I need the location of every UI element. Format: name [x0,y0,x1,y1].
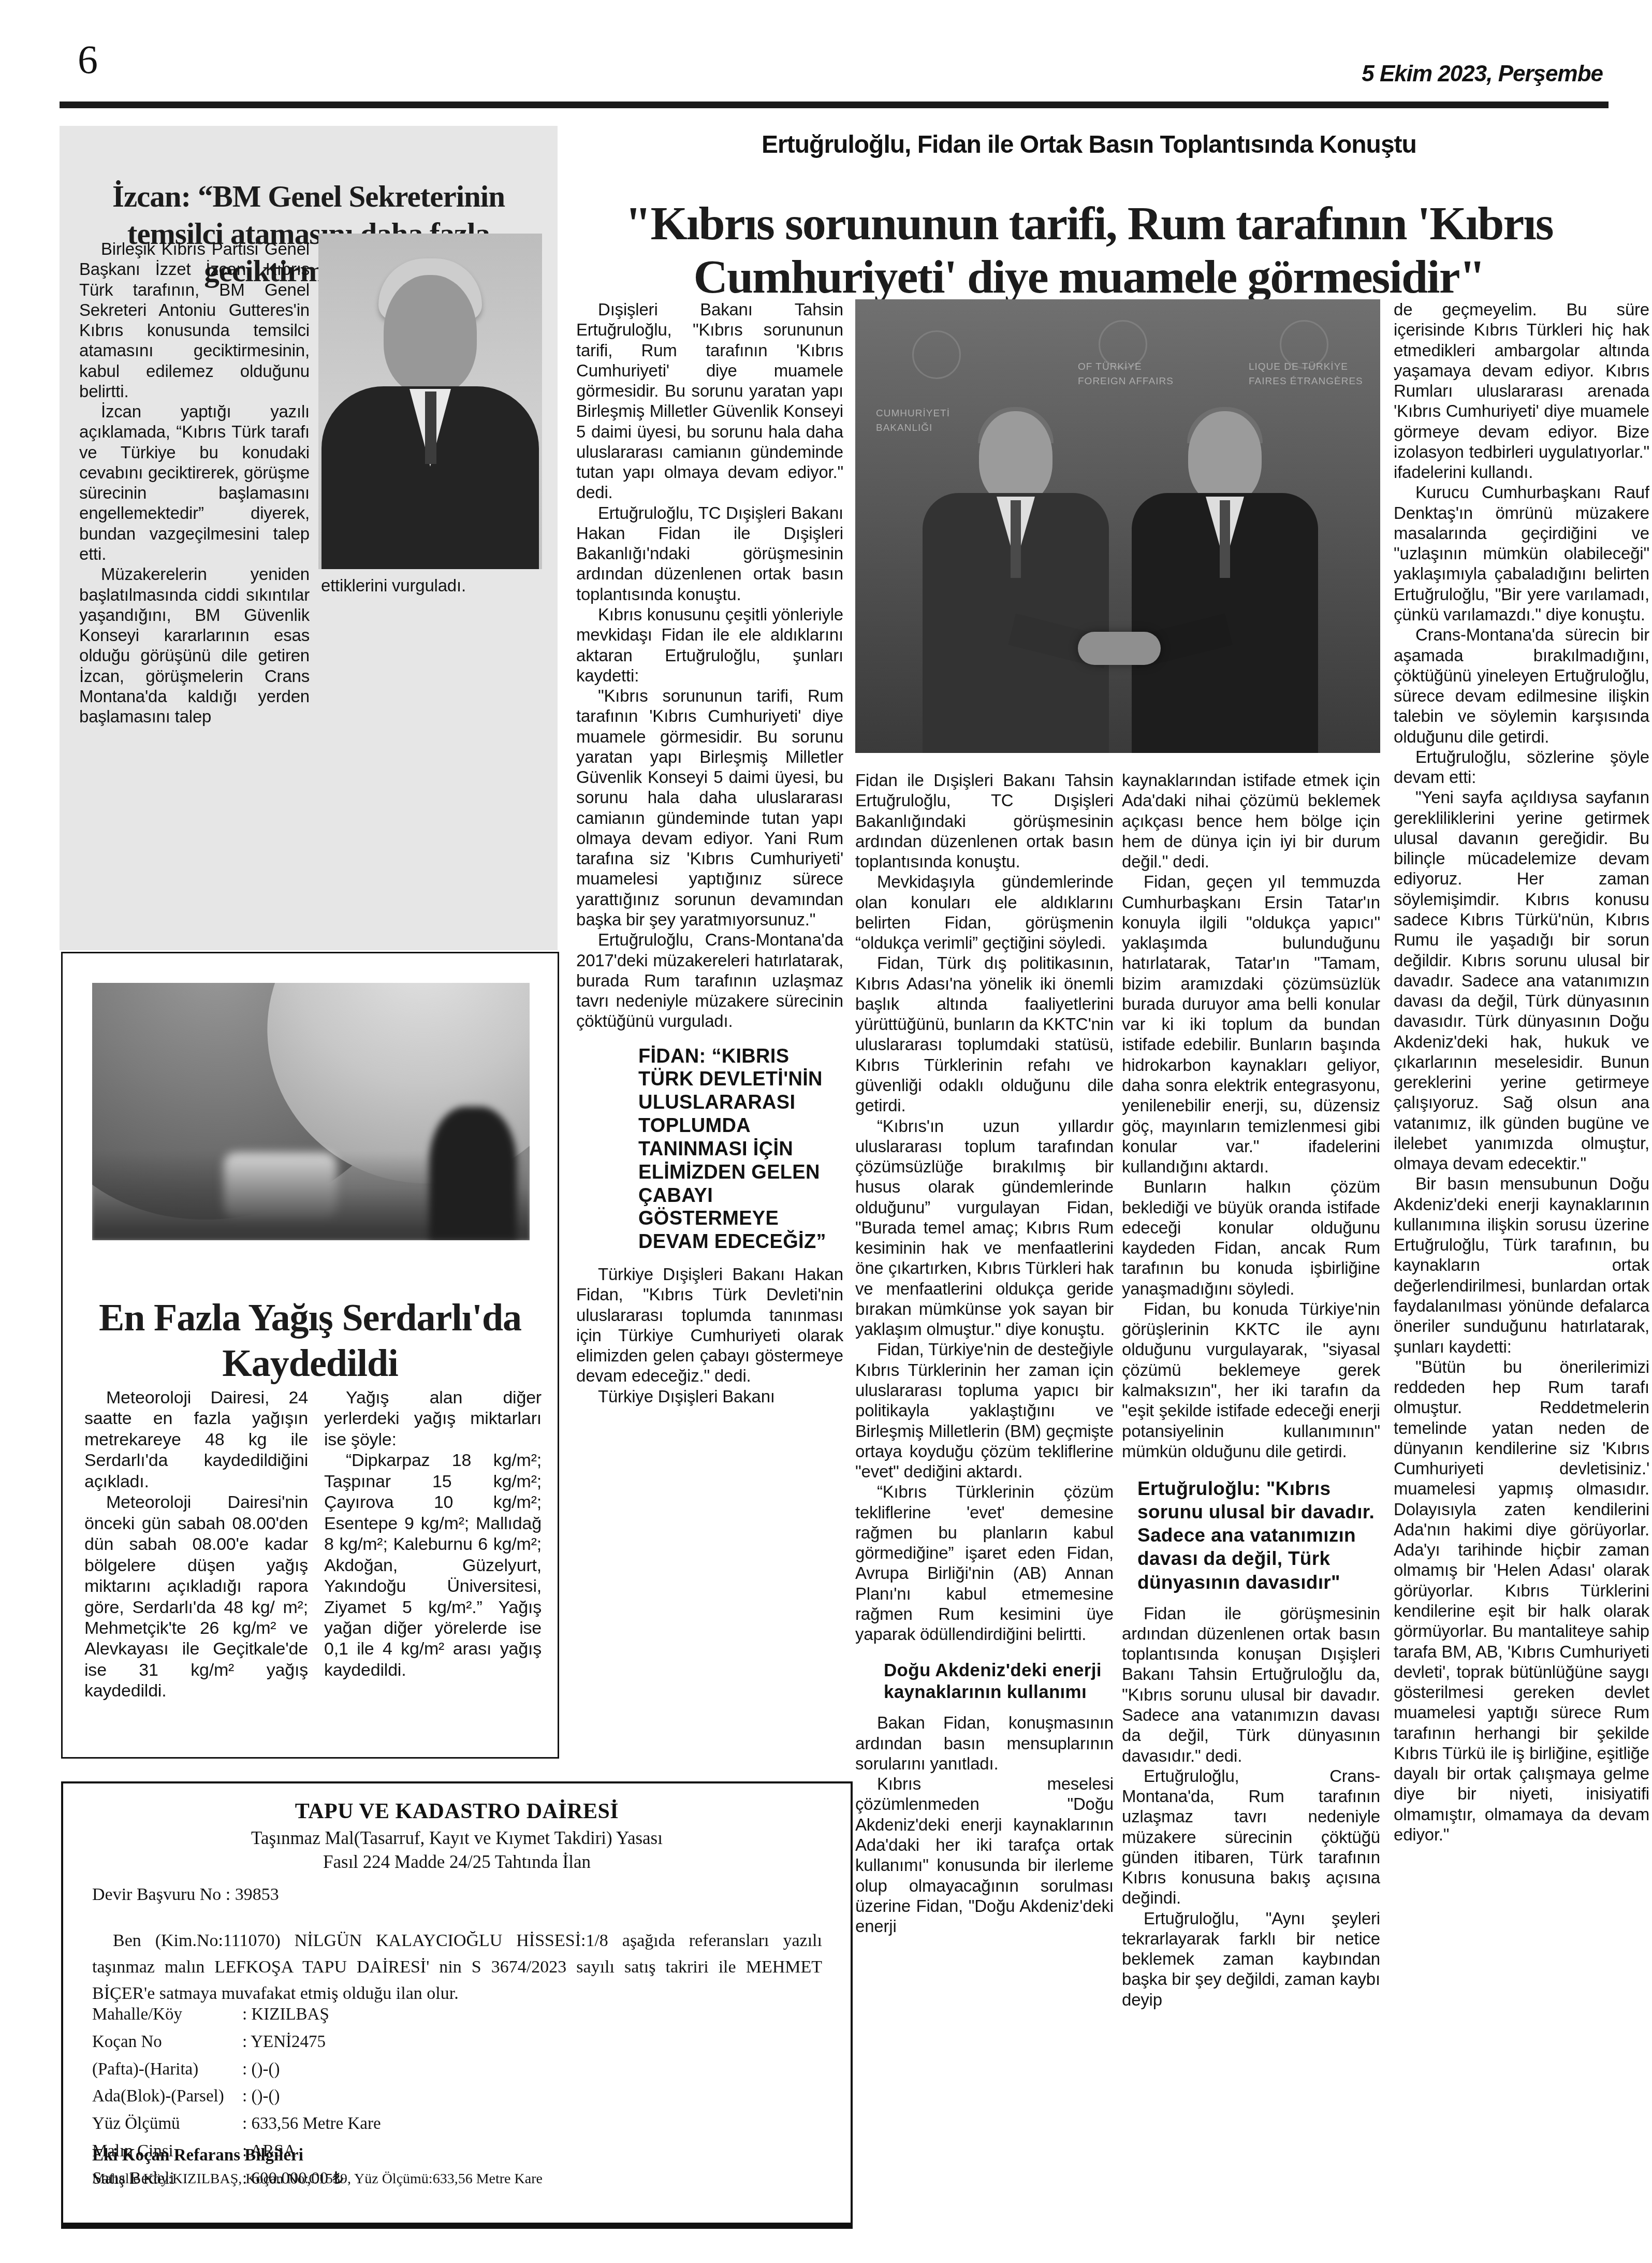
paragraph: Mevkidaşıyla gündemlerinde olan konuları… [855,872,1114,953]
handshake-shape [1078,632,1161,665]
paragraph: Ertuğruloğlu, "Aynı şeyleri tekrarlayara… [1122,1908,1380,2010]
izcan-column-1: Birleşik Kıbrıs Partisi Genel Başkanı İz… [79,239,310,927]
field-value: : 633,56 Metre Kare [242,2110,381,2138]
izcan-column-2: ettiklerini vurguladı. [321,575,543,933]
backdrop-emblem-icon [912,330,961,379]
paragraph: Fidan, Türk dış politikasının, Kıbrıs Ad… [855,953,1114,1115]
tapu-annex-title: Eki Koçan Refarans Bilgileri [92,2146,303,2165]
tapu-subtitle-article: Fasıl 224 Madde 24/25 Tahtında İlan [63,1852,851,1873]
main-column-3-top: Fidan, geçen yıl temmuzda Cumhurbaşkanı … [1122,872,1380,1461]
paragraph: Kıbrıs meselesi çözümlenmeden "Doğu Akde… [855,1774,1114,1936]
paragraph: Meteoroloji Dairesi, 24 saatte en fazla … [84,1387,308,1492]
paragraph: Yağış alan diğer yerlerdeki yağış miktar… [324,1387,542,1450]
field-label: (Pafta)-(Harita) [92,2056,242,2083]
paragraph: "Kıbrıs sorununun tarifi, Rum tarafının … [576,686,843,930]
main-column-1-top: Dışişleri Bakanı Tahsin Ertuğruloğlu, "K… [576,299,843,1032]
paragraph: Ertuğruloğlu, sözlerine şöyle devam etti… [1394,747,1649,788]
portrait-head-shape [384,275,477,394]
backdrop-text: FAIRES ÉTRANGÈRES [1249,376,1363,387]
paragraph: Fidan, bu konuda Türkiye'nin görüşlerini… [1122,1299,1380,1461]
main-article-headline: "Kıbrıs sorununun tarifi, Rum tarafının … [569,197,1609,303]
main-column-3: kaynaklarından istifade etmek için Ada'd… [1122,770,1380,2225]
backdrop-text: OF TÜRKİYE [1078,361,1142,373]
press-conference-photo: CUMHURİYETİ BAKANLIĞI OF TÜRKİYE FOREIGN… [855,299,1380,753]
weather-column-1: Meteoroloji Dairesi, 24 saatte en fazla … [84,1387,308,1733]
field-row: Yüz Ölçümü: 633,56 Metre Kare [92,2110,381,2138]
paragraph: Müzakerelerin yeniden başlatılmasında ci… [79,564,310,727]
ertugruloglu-subhead: Ertuğruloğlu: "Kıbrıs sorunu ulusal bir … [1137,1477,1380,1594]
backdrop-text: LIQUE DE TÜRKİYE [1249,361,1348,373]
ertugruloglu-figure [923,411,1109,753]
paragraph: Ertuğruloğlu, TC Dışişleri Bakanı Hakan … [576,503,843,604]
tapu-legal-notice: TAPU VE KADASTRO DAİRESİ Taşınmaz Mal(Ta… [61,1781,853,2229]
field-value: : ()-() [242,2083,280,2110]
paragraph: Crans-Montana'da sürecin bir aşamada bır… [1394,625,1649,747]
portrait-tie-shape [425,391,436,464]
paragraph: Bir basın mensubunun Doğu Akdeniz'deki e… [1394,1173,1649,1356]
field-value: : ()-() [242,2056,280,2083]
main-article-kicker: Ertuğruloğlu, Fidan ile Ortak Basın Topl… [569,130,1609,159]
header-rule [60,101,1609,108]
paragraph: Fidan ile Dışişleri Bakanı Tahsin Ertuğr… [855,770,1114,872]
field-label: Yüz Ölçümü [92,2110,242,2138]
field-label: Koçan No [92,2028,242,2056]
paragraph: "Bütün bu önerilerimizi reddeden hep Rum… [1394,1357,1649,1845]
main-column-2-top: Mevkidaşıyla gündemlerinde olan konuları… [855,872,1114,1644]
main-column-4-rest: Kurucu Cumhurbaşkanı Rauf Denktaş'ın ömr… [1394,482,1649,1845]
page-date: 5 Ekim 2023, Perşembe [1362,61,1603,87]
fidan-subhead: FİDAN: “KIBRIS TÜRK DEVLETİ'NİN ULUSLARA… [638,1045,843,1254]
paragraph: Fidan, geçen yıl temmuzda Cumhurbaşkanı … [1122,872,1380,1177]
figure-tie-shape [1011,500,1021,578]
field-row: Ada(Blok)-(Parsel): ()-() [92,2083,381,2110]
main-column-2-bottom: Bakan Fidan, konuşmasının ardından basın… [855,1713,1114,1936]
paragraph: “Dipkarpaz 18 kg/m²; Taşpınar 15 kg/m²; … [324,1450,542,1680]
pedestrian-shape [429,1107,517,1240]
fidan-figure [1132,411,1318,753]
paragraph: Meteoroloji Dairesi'nin önceki gün sabah… [84,1492,308,1702]
paragraph: "Yeni sayfa açıldıysa sayfanın gereklili… [1394,787,1649,1173]
umbrella-rain-photo [92,983,530,1240]
izcan-article: İzcan: “BM Genel Sekreterinin temsilci a… [60,126,558,950]
page-number: 6 [78,36,98,83]
tapu-subtitle-law: Taşınmaz Mal(Tasarruf, Kayıt ve Kıymet T… [63,1828,851,1849]
paragraph: Ertuğruloğlu, Crans-Montana'da 2017'deki… [576,930,843,1031]
paragraph: Ertuğruloğlu, Crans-Montana'da, Rum tara… [1122,1766,1380,1908]
tapu-body-text: Ben (Kim.No:111070) NİLGÜN KALAYCIOĞLU H… [92,1927,822,2007]
field-label: Ada(Blok)-(Parsel) [92,2083,242,2110]
backdrop-text: FOREIGN AFFAIRS [1078,376,1174,387]
paragraph: Türkiye Dışişleri Bakanı [576,1386,843,1406]
field-value: : YENİ2475 [242,2028,326,2056]
paragraph: Kurucu Cumhurbaşkanı Rauf Denktaş'ın ömr… [1394,482,1649,625]
figure-head-shape [1188,411,1262,504]
figure-head-shape [979,411,1052,504]
tapu-annex-reference: Mahalle Köy:KIZILBAŞ, Koçan No:C1539, Yü… [92,2171,543,2187]
figure-tie-shape [1220,500,1230,578]
main-column-2: Fidan ile Dışişleri Bakanı Tahsin Ertuğr… [855,770,1114,2225]
paragraph: Kıbrıs konusunu çeşitli yönleriyle mevki… [576,604,843,686]
tapu-application-number: Devir Başvuru No : 39853 [92,1885,279,1905]
paragraph: ettiklerini vurguladı. [321,575,543,596]
weather-headline: En Fazla Yağış Serdarlı'da Kaydedildi [73,1296,547,1386]
paragraph: de geçmeyelim. Bu süre içerisinde Kıbrıs… [1394,299,1649,482]
paragraph: Birleşik Kıbrıs Partisi Genel Başkanı İz… [79,239,310,401]
paragraph: Bakan Fidan, konuşmasının ardından basın… [855,1713,1114,1774]
paragraph: Türkiye Dışişleri Bakanı Hakan Fidan, "K… [576,1264,843,1386]
main-column-1: Dışişleri Bakanı Tahsin Ertuğruloğlu, "K… [576,299,843,1760]
paragraph: Fidan, Türkiye'nin de desteğiyle Kıbrıs … [855,1339,1114,1482]
field-label: Mahalle/Köy [92,2001,242,2028]
energy-subhead: Doğu Akdeniz'deki enerji kaynaklarının k… [884,1660,1114,1703]
field-row: (Pafta)-(Harita): ()-() [92,2056,381,2083]
paragraph: İzcan yaptığı yazılı açıklamada, “Kıbrıs… [79,401,310,564]
paragraph: Fidan ile görüşmesinin ardından düzenlen… [1122,1603,1380,1766]
paragraph: Dışişleri Bakanı Tahsin Ertuğruloğlu, "K… [576,299,843,503]
main-column-3-bottom: Fidan ile görüşmesinin ardından düzenlen… [1122,1603,1380,2010]
main-column-1-bottom: Türkiye Dışişleri Bakanı Hakan Fidan, "K… [576,1264,843,1406]
paragraph: “Kıbrıs'ın uzun yıllardır uluslararası t… [855,1116,1114,1340]
paragraph: “Kıbrıs Türklerinin çözüm tekliflerine '… [855,1482,1114,1644]
izzet-izcan-photo [318,234,542,569]
tapu-title: TAPU VE KADASTRO DAİRESİ [63,1799,851,1824]
paragraph: kaynaklarından istifade etmek için Ada'd… [1122,770,1380,872]
main-column-4: de geçmeyelim. Bu süre içerisinde Kıbrıs… [1394,299,1649,2226]
weather-article: En Fazla Yağış Serdarlı'da Kaydedildi Me… [61,952,559,1759]
field-row: Koçan No: YENİ2475 [92,2028,381,2056]
field-row: Mahalle/Köy: KIZILBAŞ [92,2001,381,2028]
field-value: : KIZILBAŞ [242,2001,329,2028]
paragraph: Bunların halkın çözüm beklediği ve büyük… [1122,1177,1380,1299]
weather-column-2: Yağış alan diğer yerlerdeki yağış miktar… [324,1387,542,1733]
